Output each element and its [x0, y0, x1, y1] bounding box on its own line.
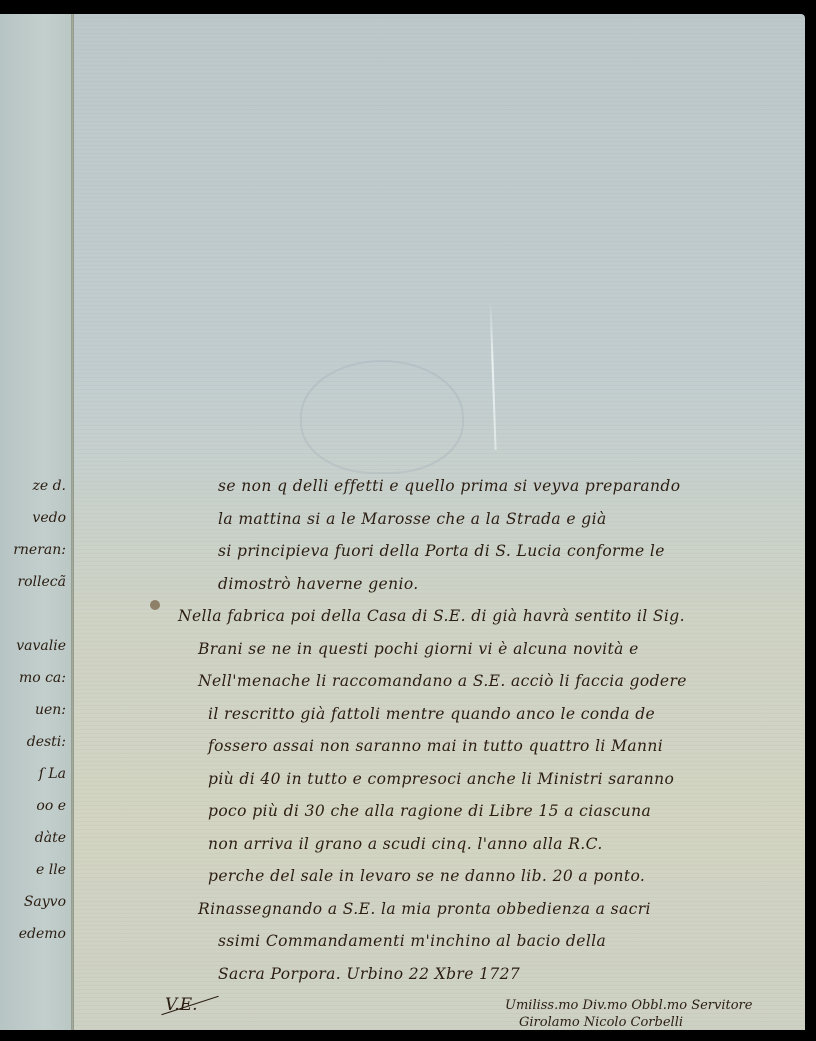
scan-background: ze d. vedo rneran: rollecã vavalie mo ca…	[0, 0, 816, 1041]
fragment-line: edemo	[0, 918, 70, 950]
signature-line-2: Girolamo Nicolo Corbelli	[505, 1014, 805, 1031]
letter-line: si principieva fuori della Porta di S. L…	[218, 535, 808, 568]
fragment-line: ſ La	[0, 758, 70, 790]
fragment-line: Sayvo	[0, 886, 70, 918]
watermark-fleur-de-lis	[300, 360, 464, 474]
fragment-line: uen:	[0, 694, 70, 726]
ink-stain	[150, 600, 160, 610]
letter-line: se non q delli effetti e quello prima si…	[218, 470, 808, 503]
left-page-text-fragment: ze d. vedo rneran: rollecã vavalie mo ca…	[0, 470, 70, 950]
fragment-line: dàte	[0, 822, 70, 854]
letter-line: Rinassegnando a S.E. la mia pronta obbed…	[198, 893, 808, 926]
letter-line: Nella fabrica poi della Casa di S.E. di …	[178, 600, 808, 633]
fragment-line: oo e	[0, 790, 70, 822]
fragment-line: e lle	[0, 854, 70, 886]
fragment-line	[0, 598, 70, 630]
letter-line: ssimi Commandamenti m'inchino al bacio d…	[218, 925, 808, 958]
fragment-line: ze d.	[0, 470, 70, 502]
letter-line: Brani se ne in questi pochi giorni vi è …	[198, 633, 808, 666]
fragment-line: rollecã	[0, 566, 70, 598]
letter-line: più di 40 in tutto e compresoci anche li…	[208, 763, 808, 796]
fragment-line: vavalie	[0, 630, 70, 662]
signature-block: Umiliss.mo Div.mo Obbl.mo Servitore Giro…	[505, 997, 805, 1031]
letter-line: il rescritto già fattoli mentre quando a…	[208, 698, 808, 731]
page-fold	[71, 14, 74, 1030]
fragment-line: rneran:	[0, 534, 70, 566]
letter-line: fossero assai non saranno mai in tutto q…	[208, 730, 808, 763]
letter-line: non arriva il grano a scudi cinq. l'anno…	[208, 828, 808, 861]
letter-line: perche del sale in levaro se ne danno li…	[208, 860, 808, 893]
letter-line: dimostrò haverne genio.	[218, 568, 808, 601]
letter-line: poco più di 30 che alla ragione di Libre…	[208, 795, 808, 828]
fragment-line: mo ca:	[0, 662, 70, 694]
letter-line: Nell'menache li raccomandano a S.E. acci…	[198, 665, 808, 698]
fragment-line: vedo	[0, 502, 70, 534]
signature-line-1: Umiliss.mo Div.mo Obbl.mo Servitore	[505, 997, 805, 1014]
letter-line: la mattina si a le Marosse che a la Stra…	[218, 503, 808, 536]
letter-closing-date-line: Sacra Porpora. Urbino 22 Xbre 1727	[218, 958, 808, 991]
fragment-line: desti:	[0, 726, 70, 758]
letter-body: se non q delli effetti e quello prima si…	[218, 470, 808, 990]
